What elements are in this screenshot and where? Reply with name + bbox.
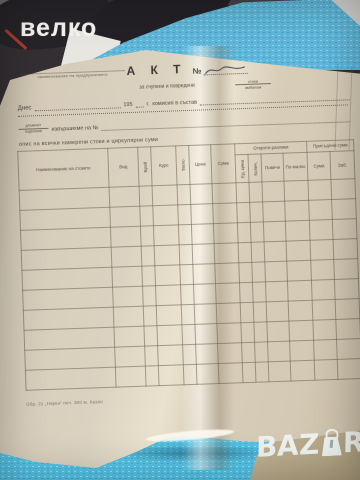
- table-cell: [216, 303, 241, 324]
- table-cell: [241, 322, 255, 342]
- table-cell: [156, 305, 182, 326]
- table-cell: [310, 239, 334, 260]
- table-cell: [214, 243, 239, 264]
- subtitle-fraction: стоки амбалаж: [235, 78, 271, 91]
- table-cell: [290, 360, 315, 381]
- table-cell: [287, 260, 312, 281]
- table-cell: [113, 306, 144, 327]
- table-cell: [153, 225, 179, 246]
- table-cell: [145, 366, 159, 386]
- table-cell: [183, 364, 197, 384]
- dotted-blank: [135, 100, 143, 108]
- table-cell: [143, 306, 157, 326]
- col-note: Заб.: [330, 151, 355, 180]
- col-amount: Сума: [211, 144, 236, 184]
- table-cell: [110, 206, 141, 227]
- commission-line: длъжност поделение извършихме на №: [18, 112, 350, 134]
- table-cell: [255, 342, 269, 362]
- table-cell: [181, 304, 195, 324]
- table-cell: [252, 262, 266, 282]
- table-cell: [332, 199, 357, 220]
- table-cell: [311, 279, 335, 300]
- table-cell: [252, 282, 266, 302]
- table-cell: [334, 259, 359, 280]
- bazar-letter-z: Z: [299, 433, 320, 458]
- table-cell: [192, 244, 215, 265]
- print-shop-imprint: Обр. 21 „Наука” печ. 300 м. Казан: [26, 399, 103, 407]
- marketplace-photo: наименование на предприятието А К Т № за…: [0, 0, 360, 480]
- table-cell: [111, 246, 142, 267]
- table-cell: [145, 346, 159, 366]
- table-cell: [286, 240, 311, 261]
- fraction-bottom: амбалаж: [245, 85, 262, 91]
- table-cell: [314, 359, 338, 380]
- bazar-letter-a: A: [277, 434, 299, 459]
- handwritten-number-mark: [203, 63, 247, 77]
- table-cell: [268, 361, 291, 382]
- table-cell: [179, 244, 193, 264]
- inventory-table: Наименование на стоките Вид Брой Курс Те…: [17, 139, 360, 391]
- number-field: №: [192, 61, 247, 76]
- table-cell: [213, 203, 238, 224]
- table-cell: [336, 319, 360, 340]
- table-cell: [155, 265, 181, 286]
- table-cell: [190, 184, 213, 205]
- table-cell: [143, 286, 157, 306]
- table-cell: [309, 219, 333, 240]
- table-cell: [215, 283, 240, 304]
- table-cell: [312, 299, 336, 320]
- table-cell: [332, 219, 357, 240]
- table-cell: [180, 264, 194, 284]
- table-cell: [242, 362, 256, 382]
- table-cell: [314, 339, 338, 360]
- table-cell: [178, 204, 192, 224]
- table-cell: [141, 246, 155, 266]
- table-cell: [267, 321, 290, 342]
- table-cell: [154, 245, 180, 266]
- table-cell: [288, 300, 313, 321]
- table-cell: [263, 221, 286, 242]
- table-cell: [242, 342, 256, 362]
- table-cell: [285, 200, 310, 221]
- dotted-blank: [34, 100, 120, 111]
- table-cell: [115, 346, 146, 367]
- table-cell: [250, 202, 264, 222]
- table-cell: [113, 286, 144, 307]
- table-cell: [194, 284, 217, 305]
- date-rest: комисия в състав: [152, 100, 197, 108]
- table-cell: [251, 242, 265, 262]
- table-cell: [240, 302, 254, 322]
- table-cell: [177, 184, 191, 204]
- table-cell: [158, 345, 184, 366]
- table-cell: [287, 280, 312, 301]
- date-prefix: Днес: [18, 105, 32, 111]
- table-cell: [196, 364, 219, 385]
- table-cell: [309, 199, 333, 220]
- col-name: Наименование на стоките: [18, 148, 109, 190]
- table-cell: [109, 186, 140, 207]
- table-cell: [308, 180, 332, 201]
- col-count: Брой: [138, 147, 152, 186]
- table-cell: [182, 324, 196, 344]
- table-cell: [140, 226, 154, 246]
- shopping-bag-icon: [320, 431, 343, 456]
- table-cell: [239, 262, 253, 282]
- bazar-letter-r: R: [343, 430, 360, 455]
- bazar-letter-b: B: [256, 435, 278, 460]
- table-cell: [266, 301, 289, 322]
- act-form: наименование на предприятието А К Т № за…: [14, 46, 360, 424]
- bag-slit: [330, 440, 334, 448]
- table-cell: [181, 284, 195, 304]
- table-cell: [156, 285, 182, 306]
- table-cell: [193, 264, 216, 285]
- bazar-logo: B A Z R: [255, 430, 360, 460]
- number-sign: №: [192, 66, 201, 75]
- col-sum: Сума: [307, 152, 331, 181]
- table-cell: [112, 266, 143, 287]
- table-cell: [289, 320, 314, 341]
- col-unit-price: Ед. цена: [235, 154, 249, 182]
- table-cell: [268, 341, 291, 362]
- table-cell: [152, 185, 178, 206]
- col-price: Цена: [189, 145, 212, 185]
- date-line: Днес 195 г. комисия в състав: [18, 92, 350, 112]
- table-cell: [158, 365, 184, 386]
- col-rate: Курс: [151, 146, 177, 186]
- table-cell: [178, 224, 192, 244]
- table-cell: [333, 239, 358, 260]
- dotted-blank: [101, 114, 350, 131]
- table-cell: [191, 204, 214, 225]
- table-cell: [191, 224, 214, 245]
- table-cell: [249, 182, 263, 202]
- commission-fraction: длъжност поделение: [18, 123, 48, 134]
- table-cell: [284, 180, 309, 201]
- table-cell: [25, 367, 116, 390]
- table-cell: [334, 279, 359, 300]
- table-cell: [263, 201, 286, 222]
- table-cell: [218, 363, 243, 384]
- table-cell: [313, 319, 337, 340]
- table-cell: [238, 242, 252, 262]
- table-cell: [239, 282, 253, 302]
- table-cell: [236, 182, 250, 202]
- title-row: А К Т №: [126, 60, 247, 78]
- date-year-suffix: г.: [147, 101, 150, 107]
- date-year: 195: [123, 102, 132, 108]
- table-cell: [337, 339, 360, 360]
- table-cell: [114, 326, 145, 347]
- table-cell: [194, 304, 217, 325]
- table-cell: [196, 344, 219, 365]
- table-cell: [262, 181, 285, 202]
- table-cell: [218, 343, 243, 364]
- table-cell: [144, 326, 158, 346]
- table-cell: [253, 302, 267, 322]
- table-cell: [337, 359, 360, 380]
- table-cell: [255, 362, 269, 382]
- dotted-blank: [200, 92, 350, 105]
- seller-watermark: велко: [20, 14, 97, 43]
- table-cell: [115, 366, 146, 387]
- table-body: [19, 179, 360, 391]
- table-cell: [237, 222, 251, 242]
- table-cell: [264, 241, 287, 262]
- commission-text: извършихме на №: [51, 125, 98, 133]
- number-dotted-line: [203, 61, 247, 76]
- col-quantity: Колич.: [248, 154, 262, 182]
- table-cell: [110, 226, 141, 247]
- table-cell: [183, 344, 197, 364]
- table-cell: [265, 261, 288, 282]
- table-cell: [237, 202, 251, 222]
- table-cell: [140, 206, 154, 226]
- table-cell: [212, 183, 237, 204]
- table-cell: [265, 281, 288, 302]
- table-cell: [311, 259, 335, 280]
- bag-body: [321, 436, 342, 456]
- table-cell: [153, 205, 179, 226]
- table-cell: [285, 220, 310, 241]
- fraction-bottom: поделение: [25, 129, 43, 134]
- table-cell: [254, 322, 268, 342]
- table-cell: [142, 266, 156, 286]
- table-cell: [335, 299, 360, 320]
- table-cell: [331, 179, 356, 200]
- table-cell: [195, 324, 218, 345]
- col-less: По-малко: [283, 152, 308, 181]
- col-weight: Тегло: [176, 145, 190, 184]
- form-title: А К Т: [126, 62, 186, 78]
- table-cell: [157, 325, 183, 346]
- form-subtitle: за счупени и повредени: [101, 81, 233, 92]
- table-cell: [290, 340, 315, 361]
- table-cell: [217, 323, 242, 344]
- table-cell: [213, 223, 238, 244]
- col-more: Повече: [261, 153, 284, 182]
- table-cell: [215, 263, 240, 284]
- col-kind: Вид: [108, 147, 139, 187]
- table-cell: [139, 186, 153, 206]
- table-cell: [250, 222, 264, 242]
